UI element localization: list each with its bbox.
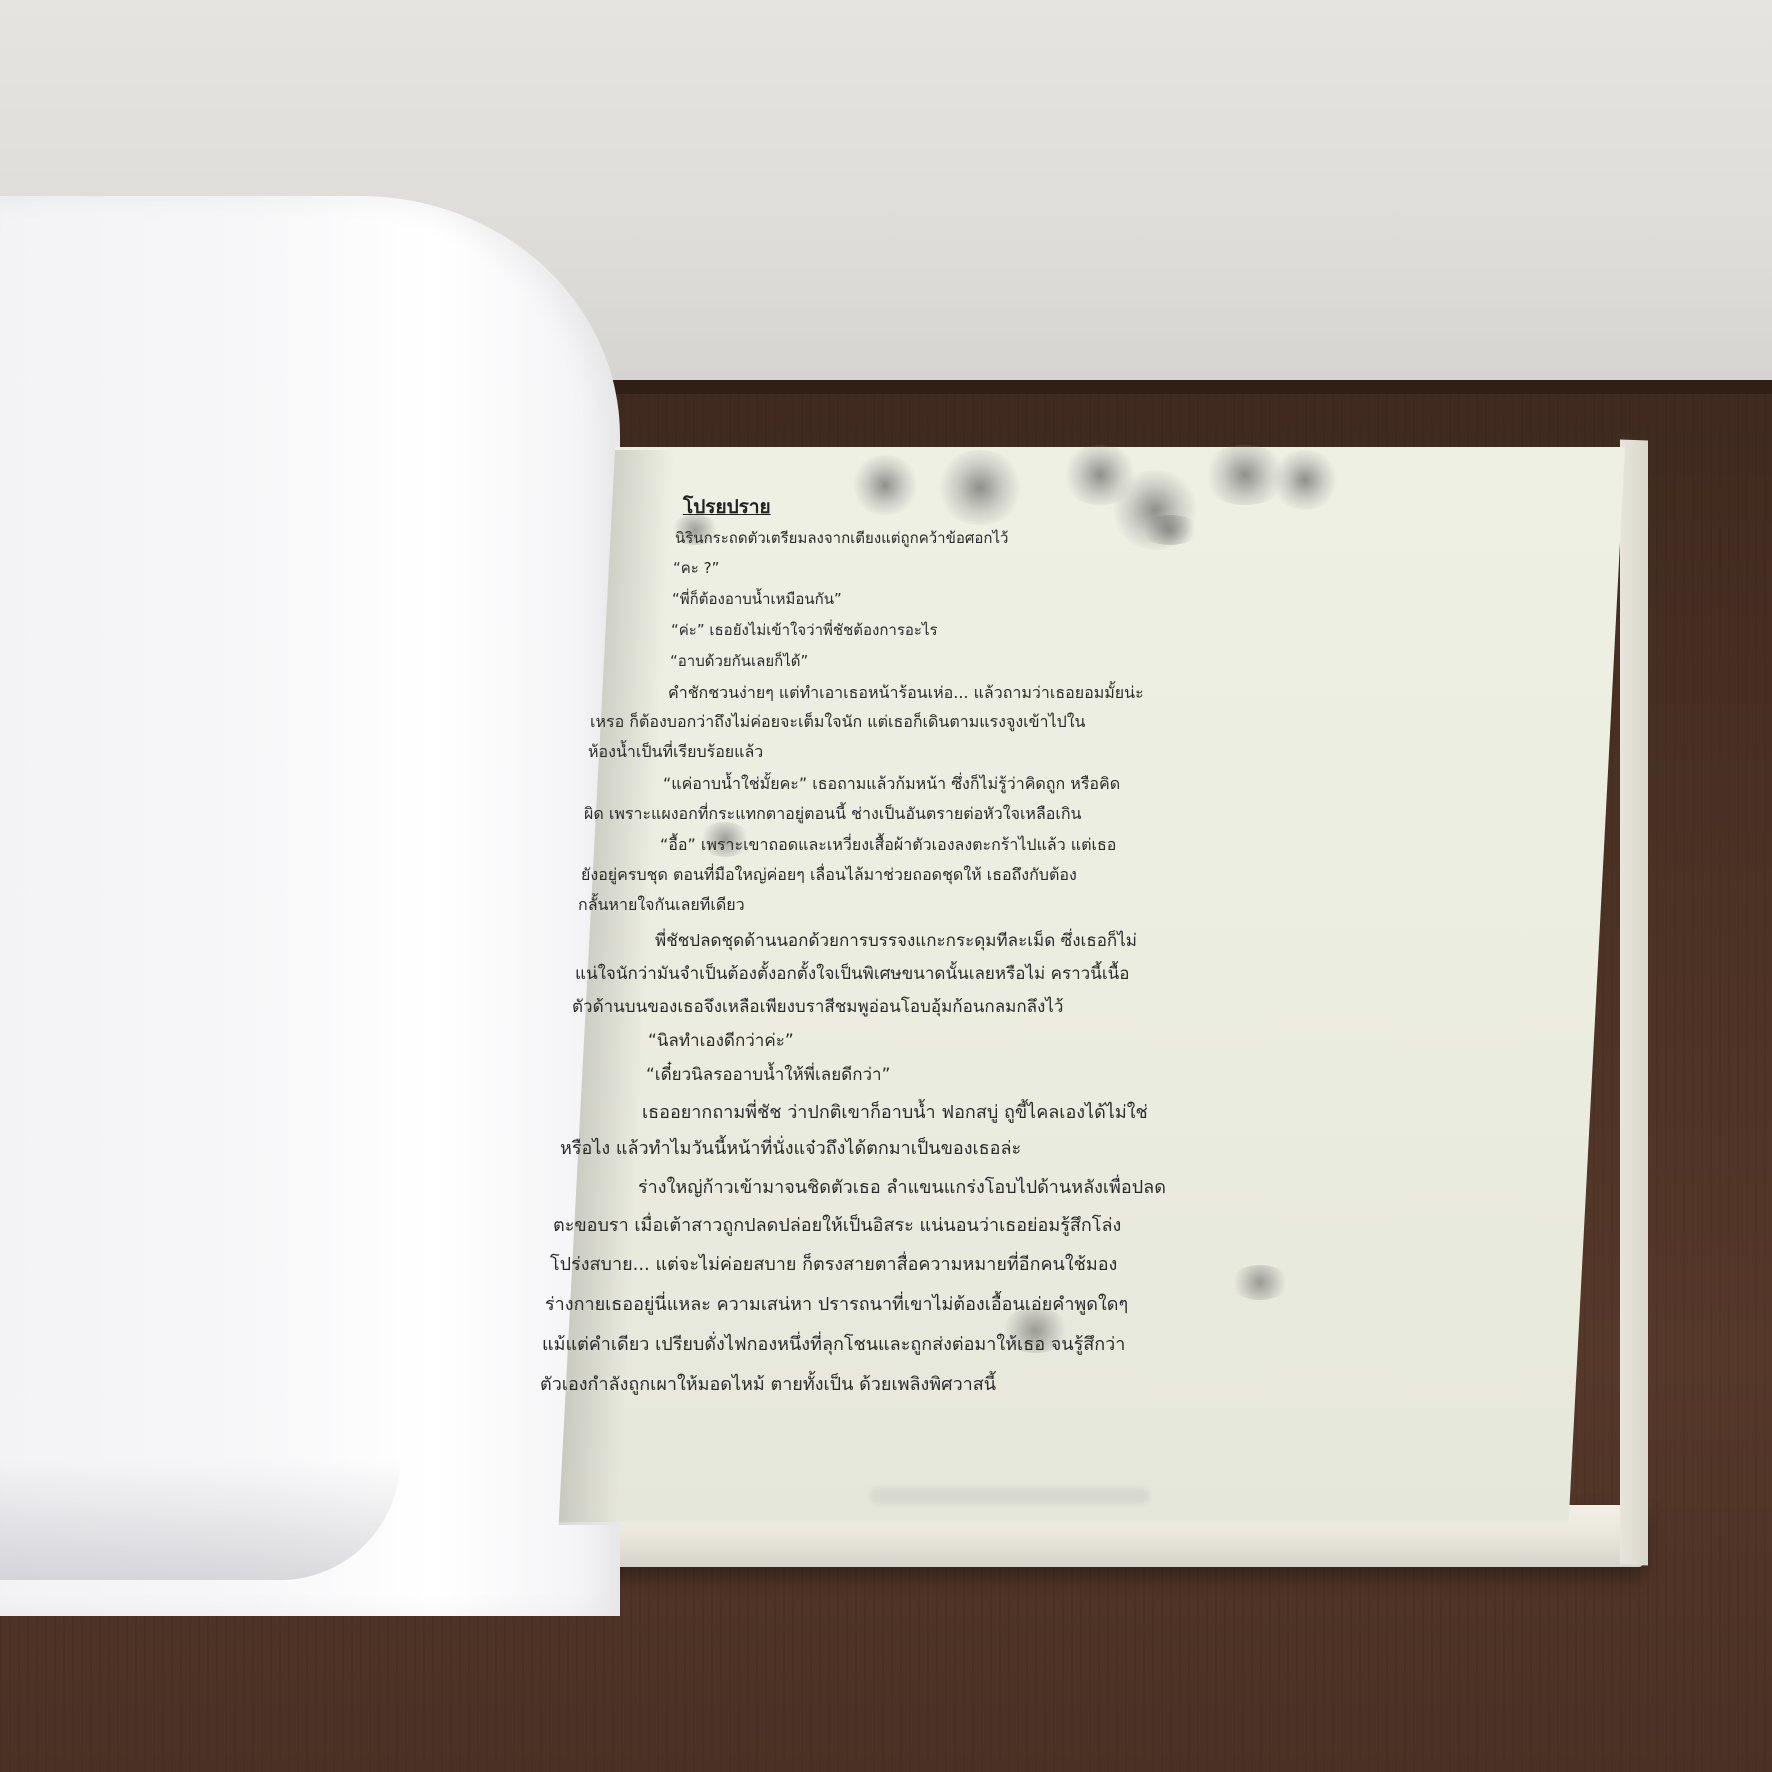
page-text: โปรยปราย นิรินกระถดตัวเตรียมลงจากเตียงแต…: [0, 0, 1772, 1772]
text-line: “ค่ะ” เธอยังไม่เข้าใจว่าพี่ชัชต้องการอะไ…: [671, 618, 938, 642]
text-line: โปร่งสบาย... แต่จะไม่ค่อยสบาย ก็ตรงสายตา…: [550, 1249, 1117, 1278]
faded-footer-watermark: [870, 1488, 1150, 1504]
text-line: “พี่ก็ต้องอาบน้ำเหมือนกัน”: [672, 587, 842, 611]
text-line: ตัวด้านบนของเธอจึงเหลือเพียงบราสีชมพูอ่อ…: [572, 993, 1063, 1020]
text-line: “เดี๋ยวนิลรออาบน้ำให้พี่เลยดีกว่า”: [646, 1061, 890, 1088]
text-line: แน่ใจนักว่ามันจำเป็นต้องตั้งอกตั้งใจเป็น…: [575, 960, 1129, 987]
text-line: “แค่อาบน้ำใช่มั้ยคะ” เธอถามแล้วก้มหน้า ซ…: [663, 772, 1120, 797]
text-line: เหรอ ก็ต้องบอกว่าถึงไม่ค่อยจะเต็มใจนัก แ…: [590, 710, 1085, 735]
text-line: “นิลทำเองดีกว่าค่ะ”: [648, 1027, 794, 1054]
text-line: ห้องน้ำเป็นที่เรียบร้อยแล้ว: [588, 740, 763, 765]
text-line: “คะ ?”: [673, 556, 719, 580]
text-line: “อาบด้วยกันเลยก็ได้”: [670, 649, 808, 673]
text-line: ร่างกายเธออยู่นี่แหละ ความเสน่หา ปรารถนา…: [545, 1289, 1128, 1318]
text-line: นิรินกระถดตัวเตรียมลงจากเตียงแต่ถูกคว้าข…: [675, 526, 1008, 550]
text-line: ตัวเองกำลังถูกเผาให้มอดไหม้ ตายทั้งเป็น …: [540, 1369, 996, 1398]
text-line: ร่างใหญ่ก้าวเข้ามาจนชิดตัวเธอ ลำแขนแกร่ง…: [638, 1172, 1166, 1201]
chapter-heading: โปรยปราย: [683, 492, 771, 522]
text-line: ยังอยู่ครบชุด ตอนที่มือใหญ่ค่อยๆ เลื่อนไ…: [581, 863, 1077, 888]
text-line: หรือไง แล้วทำไมวันนี้หน้าที่นั่งแจ๋วถึงไ…: [560, 1133, 1021, 1162]
text-line: กลั้นหายใจกันเลยทีเดียว: [578, 893, 745, 918]
text-line: ผิด เพราะแผงอกที่กระแทกตาอยู่ตอนนี้ ช่าง…: [584, 802, 1081, 827]
text-line: ตะขอบรา เมื่อเต้าสาวถูกปลดปล่อยให้เป็นอิ…: [553, 1210, 1121, 1239]
text-line: เธออยากถามพี่ชัช ว่าปกติเขาก็อาบน้ำ ฟอกส…: [642, 1097, 1148, 1126]
text-line: “อื้อ” เพราะเขาถอดและเหวี่ยงเสื้อผ้าตัวเ…: [660, 833, 1116, 858]
text-line: พี่ชัชปลดชุดด้านนอกด้วยการบรรจงแกะกระดุม…: [655, 927, 1137, 954]
text-line: คำชักชวนง่ายๆ แต่ทำเอาเธอหน้าร้อนเห่อ...…: [668, 681, 1144, 706]
text-line: แม้แต่คำเดียว เปรียบดั่งไฟกองหนึ่งที่ลุก…: [542, 1329, 1125, 1358]
